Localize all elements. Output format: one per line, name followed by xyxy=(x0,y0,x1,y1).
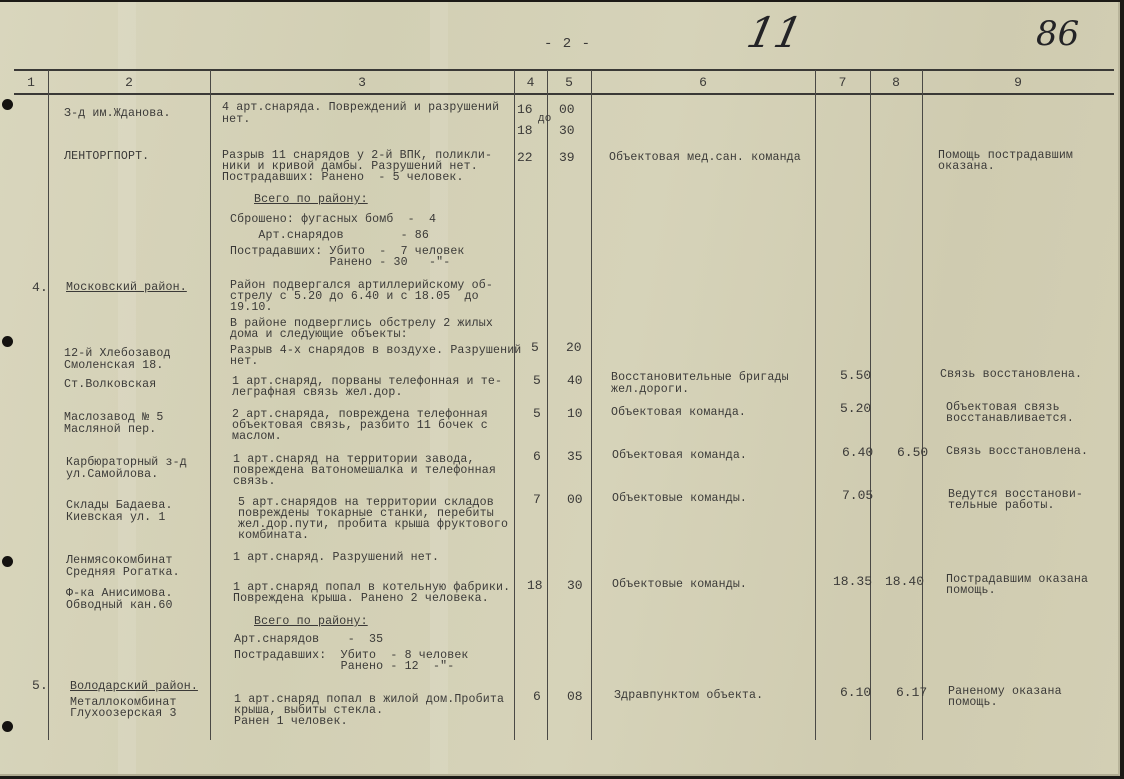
minute-value: 30 xyxy=(559,123,575,138)
result-line: Связь восстановлена. xyxy=(946,446,1088,458)
summary-line: Арт.снарядов - 86 xyxy=(230,230,429,242)
end-time: 6.50 xyxy=(897,445,928,460)
description-line: Разрыв 4-х снарядов в воздухе. Разрушени… xyxy=(230,345,521,357)
response-team: Восстановительные бригады жел.дороги. xyxy=(611,372,789,396)
column-header-4: 4 xyxy=(514,75,547,90)
object-address: Смоленская 18. xyxy=(64,360,164,372)
end-time: 18.40 xyxy=(885,574,924,589)
minute-value: 40 xyxy=(567,373,583,388)
minute-value: 00 xyxy=(559,102,575,117)
description-line: леграфная связь жел.дор. xyxy=(232,387,403,399)
hour-value: 6 xyxy=(533,689,541,704)
column-header-5: 5 xyxy=(547,75,591,90)
district-name: Володарский район. xyxy=(70,681,198,693)
punch-hole xyxy=(2,556,13,567)
punch-hole xyxy=(2,336,13,347)
object-address: Обводный кан.60 xyxy=(66,600,173,612)
object-address: Масляной пер. xyxy=(64,424,156,436)
response-team: Объектовые команды. xyxy=(612,579,747,591)
description-line: нет. xyxy=(222,114,250,126)
description-line: 4 арт.снаряда. Повреждений и разрушений xyxy=(222,102,499,114)
result-line: восстанавливается. xyxy=(946,413,1074,425)
response-team: Объектовая команда. xyxy=(612,450,747,462)
description-line: Пострадавших: Ранено - 5 человек. xyxy=(222,172,464,184)
result-line: оказана. xyxy=(938,161,995,173)
summary-line: Ранено - 30 -"- xyxy=(230,257,450,269)
response-team: Объектовые команды. xyxy=(612,493,747,505)
summary-title: Всего по району: xyxy=(254,616,368,628)
description-line: 1 арт.снаряд. Разрушений нет. xyxy=(233,552,439,564)
object-name: З-д им.Жданова. xyxy=(64,108,171,120)
summary-line: Арт.снарядов - 35 xyxy=(234,634,383,646)
start-time: 7.05 xyxy=(842,488,873,503)
minute-value: 00 xyxy=(567,492,583,507)
hour-value: 6 xyxy=(533,449,541,464)
hour-value: 16 xyxy=(517,102,533,117)
start-time: 5.20 xyxy=(840,401,871,416)
district-number: 5. xyxy=(32,680,48,692)
description-line: нет. xyxy=(230,356,258,368)
document-page: - 2 - 11 86 1 2 3 4 5 6 7 8 9 З-д им.Жда… xyxy=(0,2,1120,776)
column-divider xyxy=(922,70,923,740)
hour-value: 22 xyxy=(517,150,533,165)
page-number: - 2 - xyxy=(544,36,591,52)
object-address: ул.Самойлова. xyxy=(66,469,158,481)
column-divider xyxy=(547,70,548,740)
summary-title: Всего по району: xyxy=(254,194,368,206)
start-time: 6.40 xyxy=(842,445,873,460)
summary-line: Сброшено: фугасных бомб - 4 xyxy=(230,214,436,226)
minute-value: 08 xyxy=(567,689,583,704)
result-line: помощь. xyxy=(948,697,998,709)
column-header-2: 2 xyxy=(48,75,210,90)
result-line: Связь восстановлена. xyxy=(940,369,1082,381)
start-time: 18.35 xyxy=(833,574,872,589)
object-name: ЛЕНТОРГПОРТ. xyxy=(64,151,149,163)
description-line: комбината. xyxy=(238,530,309,542)
response-team: Объектовая команда. xyxy=(611,407,746,419)
minute-value: 30 xyxy=(567,578,583,593)
response-team: Объектовая мед.сан. команда xyxy=(609,152,801,164)
column-divider xyxy=(514,70,515,740)
object-name: Ст.Волковская xyxy=(64,379,156,391)
column-header-7: 7 xyxy=(815,75,870,90)
handwritten-folio: 86 xyxy=(1036,14,1079,54)
column-divider xyxy=(48,70,49,740)
hour-value: 5 xyxy=(533,406,541,421)
description-line: 19.10. xyxy=(230,302,273,314)
hour-value: 5 xyxy=(531,340,539,355)
district-number: 4. xyxy=(32,282,48,294)
description-line: маслом. xyxy=(232,431,282,443)
table-top-rule xyxy=(14,69,1114,71)
description-line: Ранен 1 человек. xyxy=(234,716,348,728)
range-word: до xyxy=(538,113,552,125)
column-divider xyxy=(815,70,816,740)
minute-value: 20 xyxy=(566,340,582,355)
object-address: Киевская ул. 1 xyxy=(66,512,166,524)
start-time: 6.10 xyxy=(840,685,871,700)
description-line: дома и следующие объекты: xyxy=(230,329,408,341)
punch-hole xyxy=(2,721,13,732)
result-line: помощь. xyxy=(946,585,996,597)
object-address: Глухоозерская 3 xyxy=(70,708,177,720)
punch-hole xyxy=(2,99,13,110)
start-time: 5.50 xyxy=(840,368,871,383)
result-line: тельные работы. xyxy=(948,500,1055,512)
response-team: Здравпунктом объекта. xyxy=(614,690,763,702)
summary-line: Ранено - 12 -"- xyxy=(234,661,454,673)
district-name: Московский район. xyxy=(66,282,187,294)
object-address: Средняя Рогатка. xyxy=(66,567,180,579)
minute-value: 10 xyxy=(567,406,583,421)
minute-value: 35 xyxy=(567,449,583,464)
column-header-3: 3 xyxy=(210,75,514,90)
column-header-6: 6 xyxy=(591,75,815,90)
minute-value: 39 xyxy=(559,150,575,165)
hour-value: 7 xyxy=(533,492,541,507)
column-header-1: 1 xyxy=(14,75,48,90)
handwritten-mark: 11 xyxy=(743,8,807,57)
column-header-9: 9 xyxy=(922,75,1114,90)
description-line: связь. xyxy=(233,476,276,488)
column-header-8: 8 xyxy=(870,75,922,90)
hour-value: 5 xyxy=(533,373,541,388)
header-bottom-rule xyxy=(14,93,1114,95)
column-divider xyxy=(210,70,211,740)
hour-value: 18 xyxy=(527,578,543,593)
column-divider xyxy=(591,70,592,740)
hour-value: 18 xyxy=(517,123,533,138)
description-line: Повреждена крыша. Ранено 2 человека. xyxy=(233,593,489,605)
end-time: 6.17 xyxy=(896,685,927,700)
